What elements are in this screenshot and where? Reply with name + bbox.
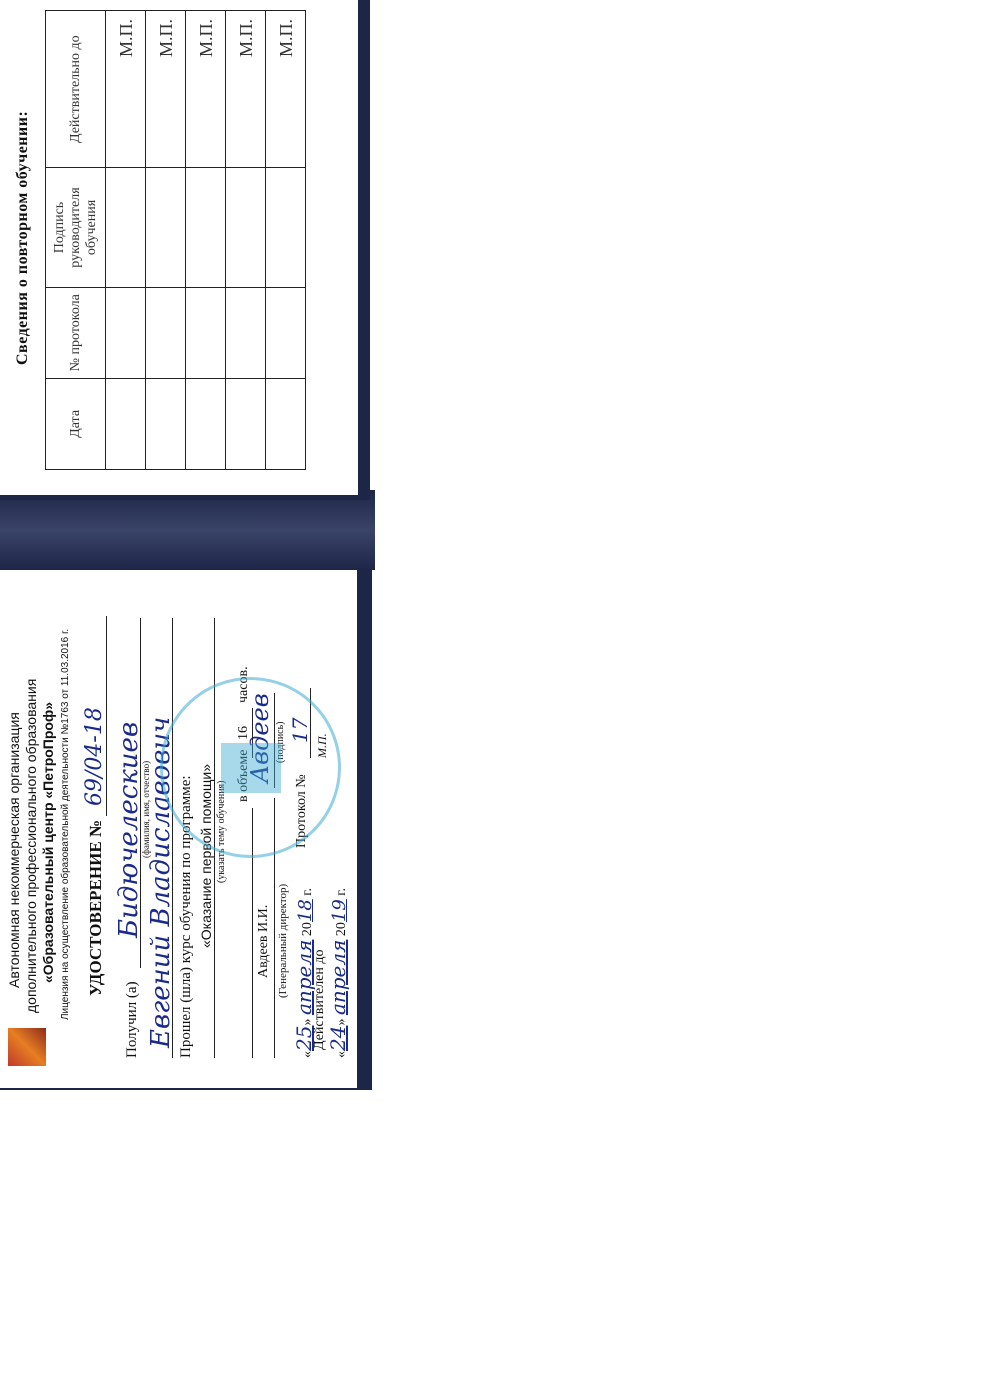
valid-month: апреля (326, 940, 350, 1015)
table-cell (146, 378, 186, 469)
table-cell: М.П. (266, 11, 306, 168)
logo-icon (8, 1028, 46, 1066)
col-protocol: № протокола (46, 287, 106, 378)
retraining-table: Дата № протокола Подпись руководителя об… (45, 10, 306, 470)
valid-year-label: г. (334, 888, 349, 896)
table-cell (226, 378, 266, 469)
seal-emblem-icon (221, 743, 281, 793)
table-cell (186, 287, 226, 378)
issue-year-suffix: 18 (295, 899, 316, 922)
col-date: Дата (46, 378, 106, 469)
table-cell (106, 168, 146, 287)
col-signature: Подпись руководителя обучения (46, 168, 106, 287)
license: Лицензия на осуществление образовательно… (60, 629, 71, 1020)
valid-year-prefix: 20 (334, 922, 349, 936)
certificate-title: УДОСТОВЕРЕНИЕ № (86, 820, 106, 996)
issue-year-prefix: 20 (300, 922, 315, 936)
table-cell: М.П. (226, 11, 266, 168)
table-cell (186, 378, 226, 469)
table-cell (266, 168, 306, 287)
table-cell: М.П. (106, 11, 146, 168)
table-cell (186, 168, 226, 287)
table-cell: М.П. (186, 11, 226, 168)
surname: Бидючелескиев (114, 722, 144, 938)
seal-stamp (160, 677, 341, 858)
year-label: г. (300, 888, 315, 896)
table-row: М.П. (106, 11, 146, 470)
table-row: М.П. (146, 11, 186, 470)
table-cell (106, 378, 146, 469)
certificate-booklet: Автономная некоммерческая организация до… (0, 0, 982, 1400)
retraining-title: Сведения о повторном обучении: (14, 111, 32, 365)
org-line1: Автономная некоммерческая организация (6, 712, 22, 988)
valid-date: «24» апреля 2019 г. (326, 888, 350, 1058)
table-cell (106, 287, 146, 378)
table-cell (146, 287, 186, 378)
director-name: Авдеев И.И. (256, 905, 272, 978)
received-label: Получил (а) (124, 981, 141, 1058)
certificate-number: 69/04-18 (82, 707, 107, 806)
certificate-page: Автономная некоммерческая организация до… (0, 568, 357, 1088)
director-title: (Генеральный директор) (277, 884, 289, 998)
table-cell: М.П. (146, 11, 186, 168)
table-row: М.П. (186, 11, 226, 470)
org-line3: «Образовательный центр «ПетроПроф» (40, 702, 56, 983)
table-cell (266, 378, 306, 469)
table-row: М.П. (266, 11, 306, 470)
table-cell (226, 168, 266, 287)
spine (0, 490, 375, 570)
valid-year-suffix: 19 (329, 899, 350, 922)
retraining-page: Сведения о повторном обучении: Дата № пр… (0, 0, 358, 495)
table-row: М.П. (226, 11, 266, 470)
valid-day: 24 (326, 1026, 350, 1051)
org-line2: дополнительного профессионального образо… (23, 679, 39, 1013)
table-cell (226, 287, 266, 378)
table-cell (146, 168, 186, 287)
table-cell (266, 287, 306, 378)
col-valid-until: Действительно до (46, 11, 106, 168)
